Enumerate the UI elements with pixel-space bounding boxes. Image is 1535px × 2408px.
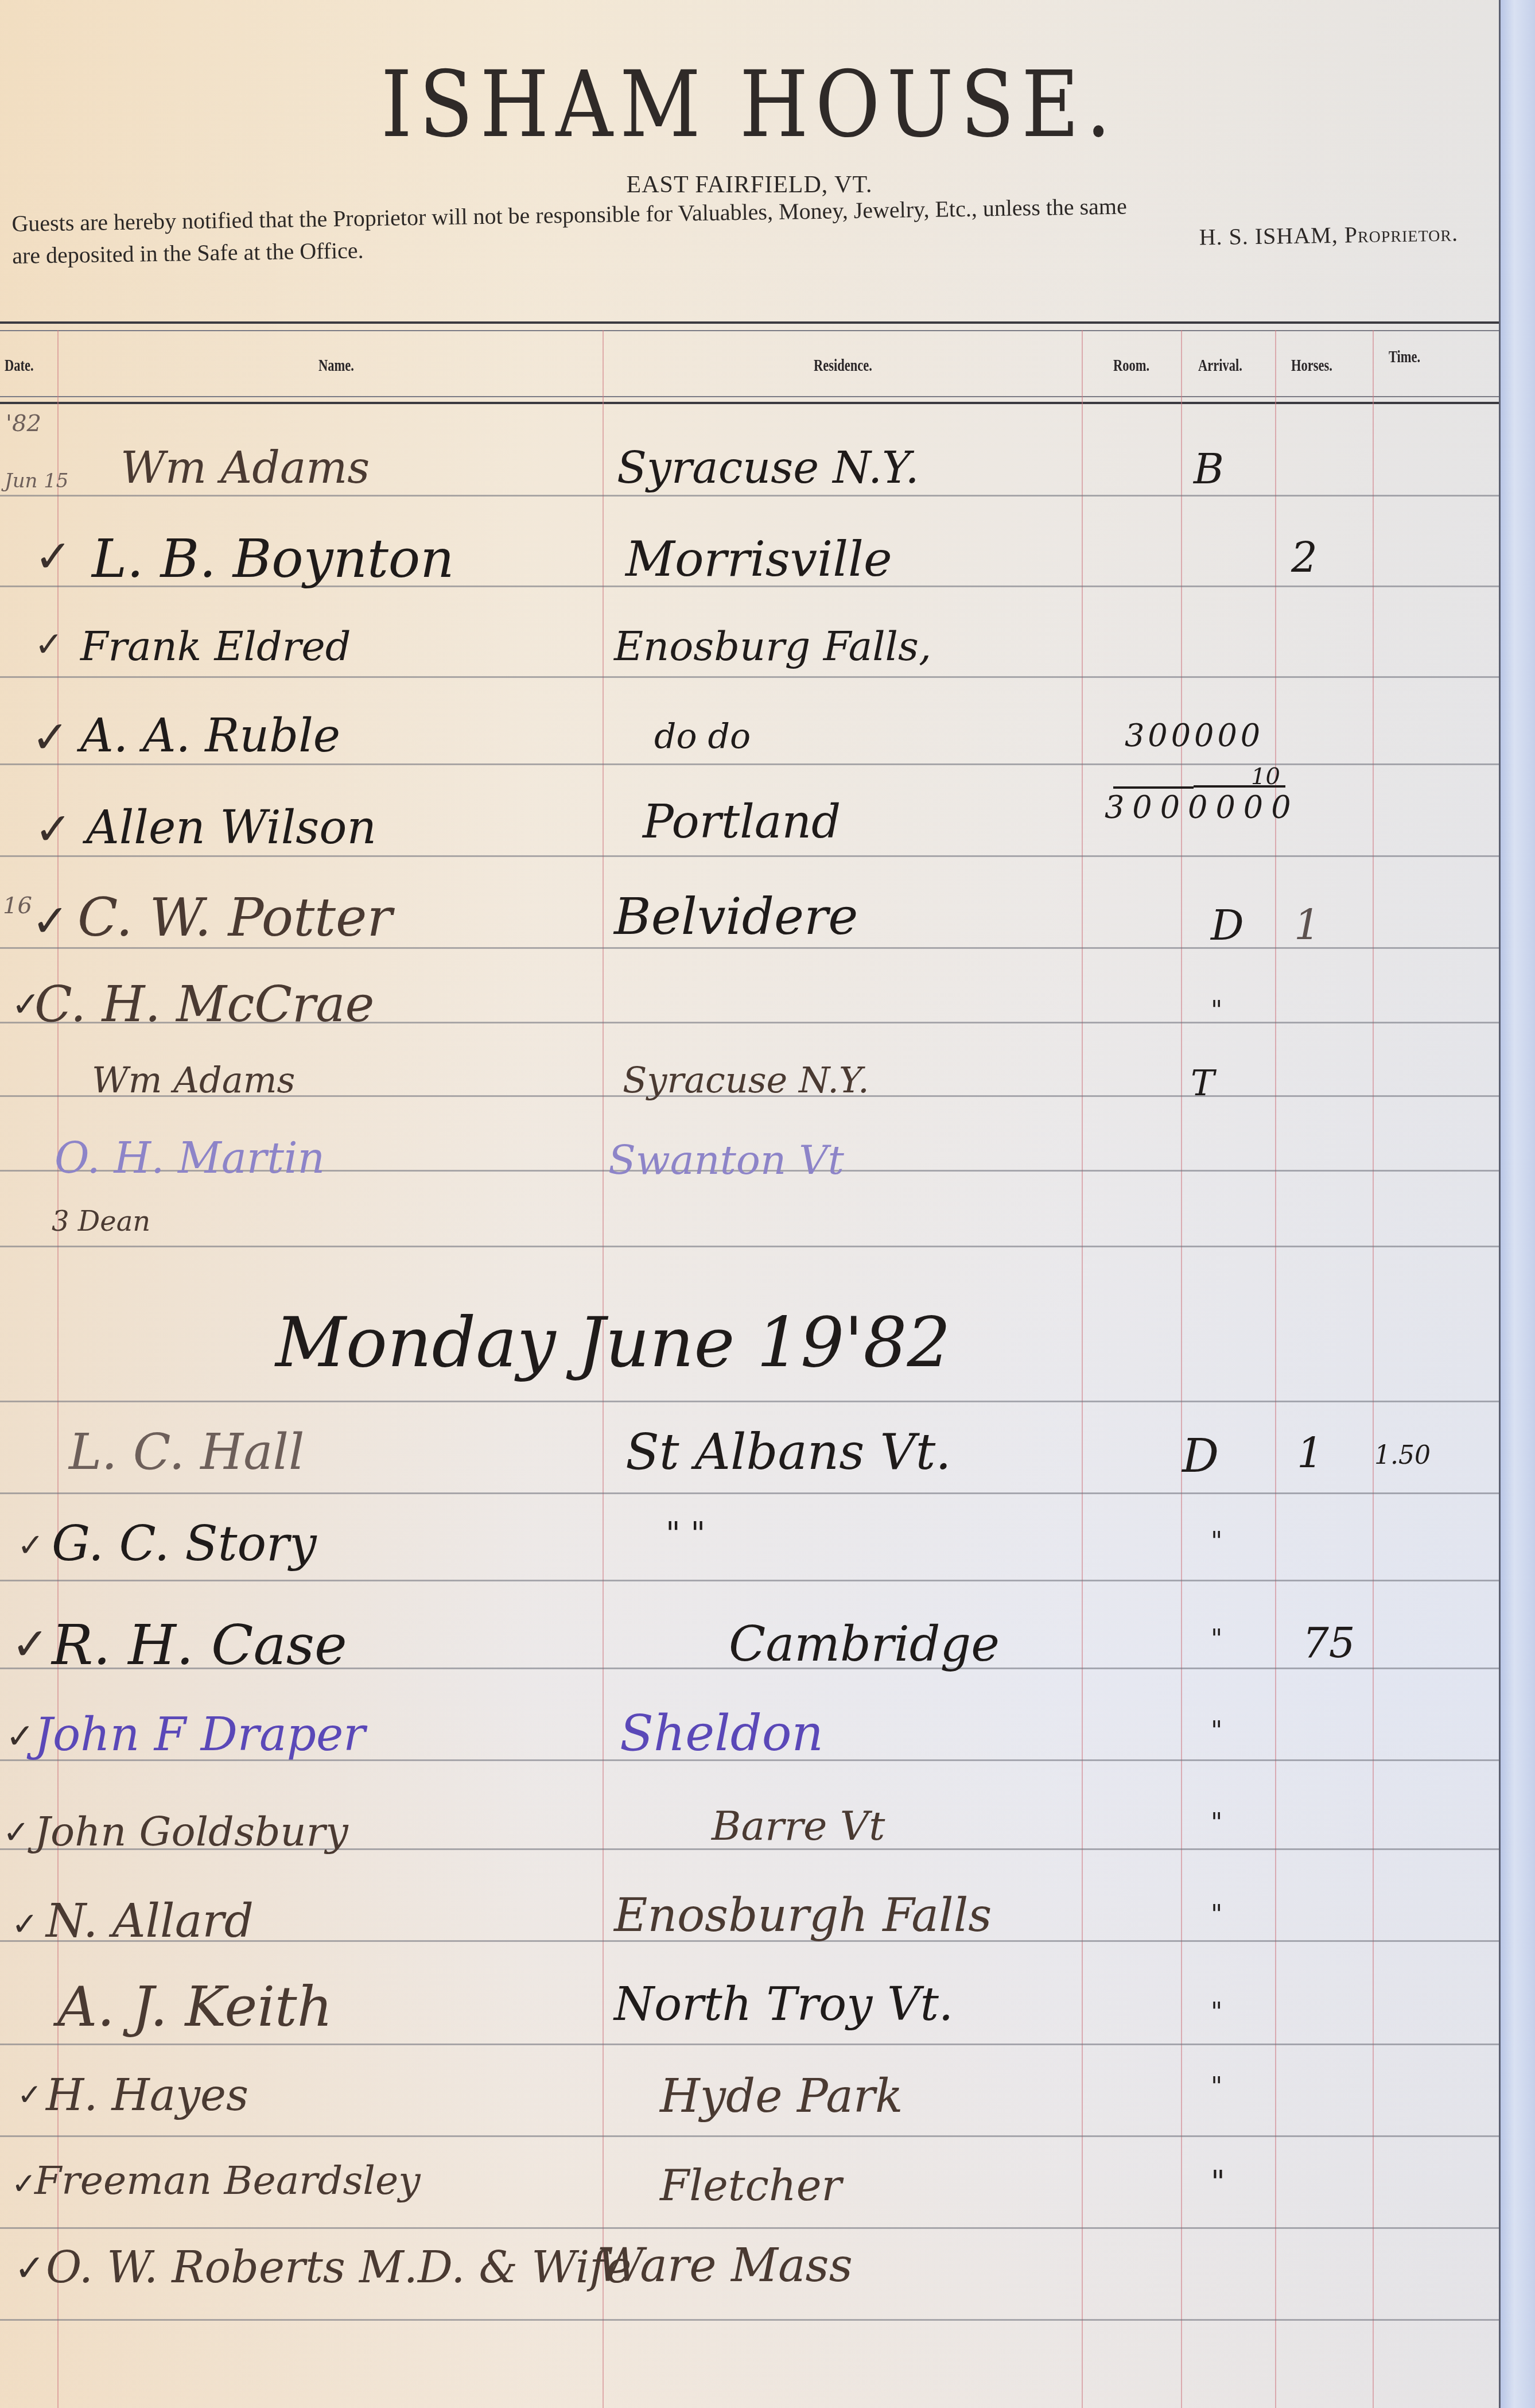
row-line bbox=[0, 2135, 1499, 2137]
entry-room: B bbox=[1194, 445, 1224, 493]
row-line bbox=[0, 1246, 1499, 1247]
entry-residence: Barre Vt bbox=[712, 1802, 885, 1849]
column-header-horses: Horses. bbox=[1291, 356, 1332, 375]
hotel-title: ISHAM HOUSE. bbox=[105, 51, 1394, 158]
entry-residence: Enosburgh Falls bbox=[614, 1889, 992, 1942]
day-heading: Monday June 19'82 bbox=[275, 1303, 951, 1383]
entry-residence: Fletcher bbox=[660, 2161, 842, 2211]
check-mark-icon: ✓ bbox=[3, 1814, 30, 1851]
header-rule-top bbox=[0, 321, 1499, 324]
proprietor-signature: H. S. ISHAM, Proprietor. bbox=[1199, 217, 1458, 253]
register-page: ISHAM HOUSE. EAST FAIRFIELD, VT. Guests … bbox=[0, 0, 1499, 2408]
entry-room: " bbox=[1211, 1900, 1222, 1929]
entry-residence: do do bbox=[654, 716, 751, 757]
column-divider-horses bbox=[1373, 330, 1374, 2408]
entry-residence: Hyde Park bbox=[660, 2069, 903, 2123]
entry-name: Allen Wilson bbox=[86, 801, 376, 854]
column-header-arrival: Arrival. bbox=[1198, 356, 1242, 375]
row-line bbox=[0, 855, 1499, 857]
entry-name: O. W. Roberts M.D. & Wife bbox=[46, 2242, 631, 2293]
column-header-room: Room. bbox=[1113, 356, 1149, 375]
row-line bbox=[0, 495, 1499, 497]
entry-name: L. C. Hall bbox=[69, 1424, 304, 1481]
row-line bbox=[0, 2319, 1499, 2321]
entry-residence: Belvidere bbox=[614, 887, 858, 946]
entry-name: Wm Adams bbox=[121, 442, 370, 493]
entry-name: R. H. Case bbox=[52, 1613, 347, 1677]
entry-room: " bbox=[1211, 1624, 1222, 1654]
check-mark-icon: ✓ bbox=[11, 1906, 38, 1943]
entry-name: Freeman Beardsley bbox=[34, 2158, 421, 2204]
row-line bbox=[0, 676, 1499, 678]
entry-room: " bbox=[1211, 1527, 1222, 1556]
check-mark-icon: ✓ bbox=[17, 1527, 44, 1564]
check-mark-icon: ✓ bbox=[6, 1716, 34, 1756]
calc-underline bbox=[1194, 785, 1285, 788]
entry-horses: 1.50 bbox=[1374, 1441, 1431, 1470]
calc-result: 3000000 bbox=[1105, 789, 1299, 825]
book-page-edge bbox=[1499, 0, 1535, 2408]
column-header-date: Date. bbox=[5, 356, 34, 375]
calc-underline bbox=[1113, 786, 1194, 789]
entry-date: 16 bbox=[3, 893, 32, 919]
row-line bbox=[0, 1580, 1499, 1581]
entry-name: C. W. Potter bbox=[77, 887, 393, 948]
header-rule-top-thin bbox=[0, 330, 1499, 331]
entry-residence: North Troy Vt. bbox=[614, 1977, 953, 2031]
entry-name: A. J. Keith bbox=[57, 1975, 332, 2039]
check-mark-icon: ✓ bbox=[11, 1619, 49, 1670]
check-mark-icon: ✓ bbox=[32, 712, 69, 763]
entry-residence: St Albans Vt. bbox=[625, 1424, 951, 1481]
check-mark-icon: ✓ bbox=[34, 804, 72, 855]
entry-room: T bbox=[1191, 1062, 1214, 1104]
entry-name: O. H. Martin bbox=[55, 1134, 325, 1183]
row-line bbox=[0, 2227, 1499, 2229]
year-note: '82 bbox=[6, 410, 41, 437]
entry-room: " bbox=[1211, 1716, 1222, 1746]
row-line bbox=[0, 2043, 1499, 2045]
check-mark-icon: ✓ bbox=[17, 2078, 42, 2112]
column-divider-arrival bbox=[1275, 330, 1276, 2408]
entry-horses: 75 bbox=[1303, 1619, 1355, 1667]
entry-name: A. A. Ruble bbox=[80, 709, 340, 762]
entry-residence: Syracuse N.Y. bbox=[623, 1059, 869, 1101]
notice-line-2: are deposited in the Safe at the Office. bbox=[12, 234, 364, 272]
check-mark-icon: ✓ bbox=[32, 895, 69, 947]
entry-name: L. B. Boynton bbox=[92, 528, 454, 590]
entry-residence: Ware Mass bbox=[597, 2239, 853, 2292]
entry-name: G. C. Story bbox=[52, 1515, 317, 1572]
entry-name: 3 Dean bbox=[52, 1205, 150, 1238]
entry-room: D bbox=[1211, 901, 1244, 949]
entry-arrival: 2 bbox=[1291, 534, 1318, 582]
entry-room: " bbox=[1211, 996, 1222, 1025]
entry-room: " bbox=[1211, 2072, 1222, 2101]
entry-residence: " " bbox=[666, 1515, 705, 1553]
entry-name: John F Draper bbox=[34, 1708, 366, 1761]
entry-residence: Swanton Vt bbox=[608, 1137, 844, 1184]
calc-line-1: 300000 bbox=[1125, 718, 1264, 754]
entry-residence: Cambridge bbox=[729, 1616, 1000, 1672]
column-header-time: Time. bbox=[1389, 347, 1420, 367]
column-header-name: Name. bbox=[318, 356, 354, 375]
check-mark-icon: ✓ bbox=[11, 2167, 37, 2201]
column-divider-residence bbox=[1082, 330, 1083, 2408]
entry-name: John Goldsbury bbox=[34, 1808, 348, 1855]
entry-name: C. H. McCrae bbox=[34, 976, 374, 1033]
entry-room: " bbox=[1211, 1998, 1222, 2027]
entry-residence: Syracuse N.Y. bbox=[617, 442, 919, 493]
entry-residence: Enosburg Falls, bbox=[614, 623, 931, 670]
entry-name: Frank Eldred bbox=[80, 623, 351, 670]
row-line bbox=[0, 1401, 1499, 1402]
entry-arrival: 1 bbox=[1297, 1429, 1323, 1478]
row-line bbox=[0, 1492, 1499, 1494]
entry-residence: Sheldon bbox=[620, 1705, 823, 1762]
check-mark-icon: ✓ bbox=[34, 625, 63, 665]
entry-room: " bbox=[1211, 1808, 1222, 1837]
entry-arrival: 1 bbox=[1294, 901, 1320, 949]
entry-date: Jun 15 bbox=[5, 470, 69, 493]
check-mark-icon: ✓ bbox=[34, 531, 72, 583]
entry-name: N. Allard bbox=[46, 1894, 254, 1948]
header-rule-bottom bbox=[0, 402, 1499, 404]
entry-residence: Morrisville bbox=[625, 531, 892, 587]
entry-room: D bbox=[1182, 1429, 1219, 1483]
column-divider-room bbox=[1181, 330, 1182, 2408]
check-mark-icon: ✓ bbox=[14, 2247, 45, 2290]
entry-name: Wm Adams bbox=[92, 1059, 295, 1101]
entry-name: H. Hayes bbox=[46, 2069, 248, 2120]
column-header-residence: Residence. bbox=[814, 356, 872, 375]
entry-room: " bbox=[1211, 2164, 1225, 2200]
header-rule-bottom-thin bbox=[0, 396, 1499, 397]
entry-residence: Portland bbox=[643, 795, 841, 848]
